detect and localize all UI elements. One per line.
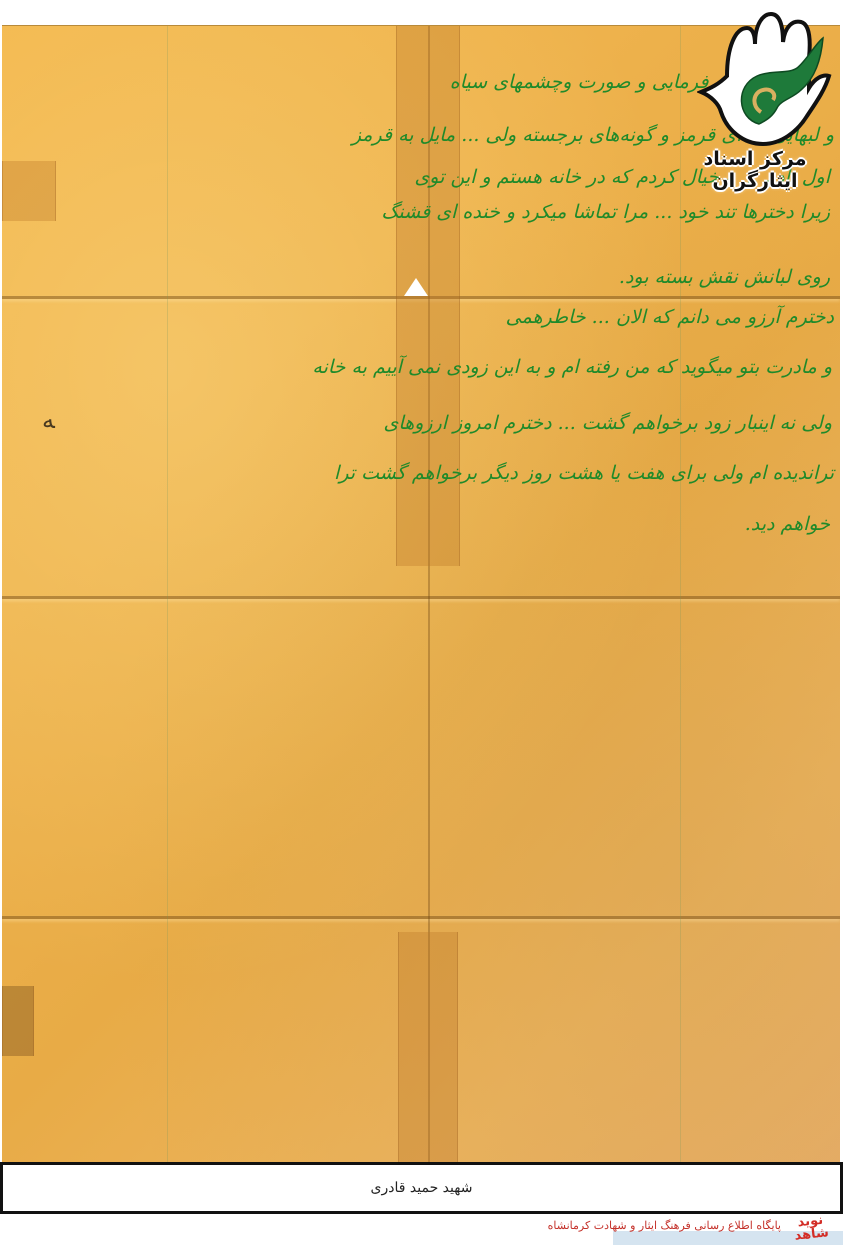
handwritten-line: دخترم آرزو می دانم که الان ... خاطرهمی — [506, 306, 834, 328]
archive-logo: مرکز اسناد ایثارگران — [697, 8, 837, 173]
navid-shahed-logo: نوید شاهد — [786, 1213, 836, 1244]
hand-leaf-icon — [697, 8, 837, 158]
handwritten-line: خواهم دید. — [745, 513, 830, 535]
handwritten-line: زیرا دخترها تند خود ... مرا تماشا میکرد … — [381, 201, 830, 223]
footer-text: پایگاه اطلاع رسانی فرهنگ ایثار و شهادت ک… — [548, 1219, 781, 1232]
logo-text: مرکز اسناد ایثارگران — [675, 148, 835, 192]
handwritten-line: ولی نه اینبار زود برخواهم گشت ... دخترم … — [384, 412, 832, 434]
handwritten-line: روی لبانش نقش بسته بود. — [619, 266, 830, 288]
handwritten-text: تو بود، موهای فرمایی و صورت وچشمهای سیاه… — [2, 26, 840, 1162]
letter-paper: ﻪ تو بود، موهای فرمایی و صورت وچشمهای سی… — [2, 25, 840, 1162]
site-footer[interactable]: پایگاه اطلاع رسانی فرهنگ ایثار و شهادت ک… — [603, 1213, 843, 1245]
caption-text: شهید حمید قادری — [371, 1180, 473, 1196]
caption-box: شهید حمید قادری — [0, 1162, 843, 1214]
handwritten-line: و مادرت بتو میگوید که من رفته ام و به ای… — [312, 356, 832, 378]
handwritten-line: تراندیده ام ولی برای هفت یا هشت روز دیگر… — [334, 462, 834, 484]
